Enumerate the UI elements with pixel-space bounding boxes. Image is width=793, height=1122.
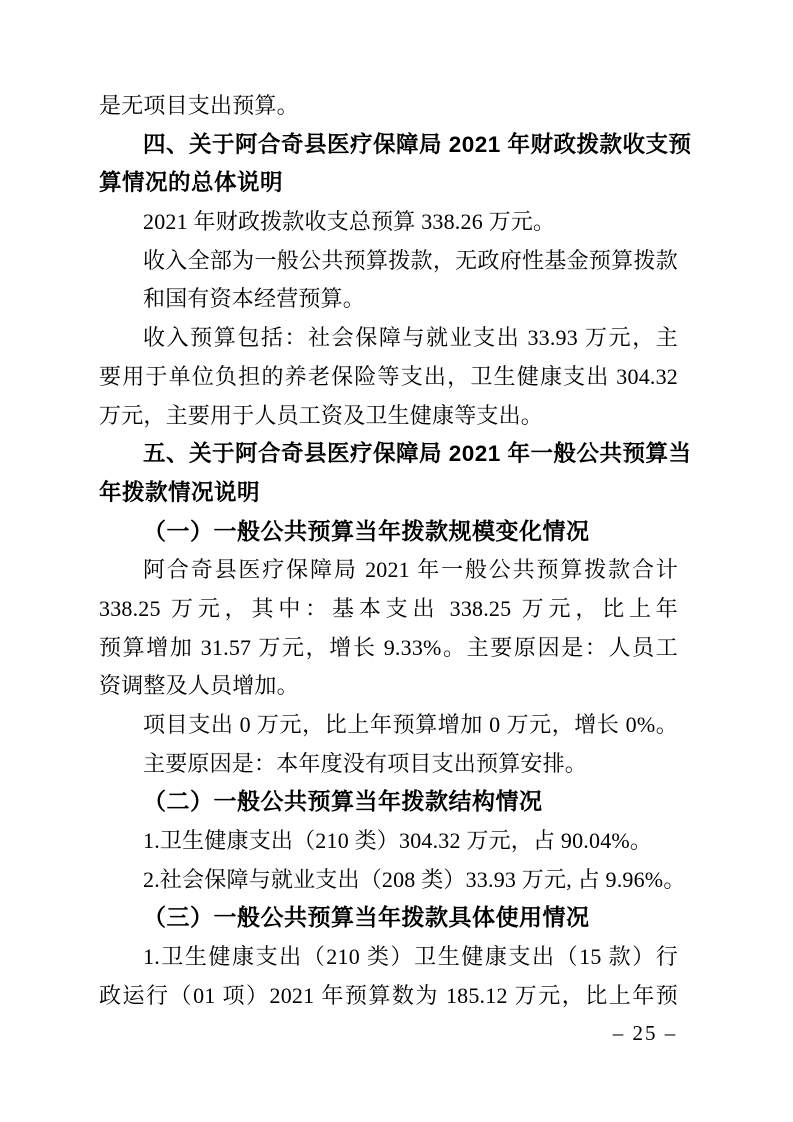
section-heading-line: 年拨款情况说明 [99,474,678,513]
paragraph-line: 338.25 万元，其中：基本支出 338.25 万元，比上年 [99,590,678,629]
paragraph-line: 主要原因是：本年度没有项目支出预算安排。 [99,745,678,784]
page-number: – 25 – [575,1018,715,1048]
subsection-heading-line: （一）一般公共预算当年拨款规模变化情况 [99,513,678,552]
document-content: 是无项目支出预算。四、关于阿合奇县医疗保障局 2021 年财政拨款收支预算情况的… [99,87,678,1016]
section-heading-line: 算情况的总体说明 [99,164,678,203]
paragraph-line: 阿合奇县医疗保障局 2021 年一般公共预算拨款合计 [99,551,678,590]
paragraph-line: 政运行（01 项）2021 年预算数为 185.12 万元，比上年预 [99,977,678,1016]
paragraph-line: 资调整及人员增加。 [99,667,678,706]
paragraph-line: 收入预算包括：社会保障与就业支出 33.93 万元，主 [99,319,678,358]
paragraph-line: 预算增加 31.57 万元，增长 9.33%。主要原因是：人员工 [99,629,678,668]
paragraph-line: 项目支出 0 万元，比上年预算增加 0 万元，增长 0%。 [99,706,678,745]
paragraph-line: 收入全部为一般公共预算拨款，无政府性基金预算拨款 [99,242,678,281]
paragraph-line: 1.卫生健康支出（210 类）304.32 万元，占 90.04%。 [99,822,678,861]
section-heading-line: 四、关于阿合奇县医疗保障局 2021 年财政拨款收支预 [99,126,678,165]
document-page: 是无项目支出预算。四、关于阿合奇县医疗保障局 2021 年财政拨款收支预算情况的… [0,0,793,1122]
paragraph-line: 要用于单位负担的养老保险等支出，卫生健康支出 304.32 [99,358,678,397]
paragraph-line: 2021 年财政拨款收支总预算 338.26 万元。 [99,203,678,242]
subsection-heading-line: （三）一般公共预算当年拨款具体使用情况 [99,899,678,938]
paragraph-line: 万元，主要用于人员工资及卫生健康等支出。 [99,397,678,436]
paragraph-line: 1.卫生健康支出（210 类）卫生健康支出（15 款）行 [99,938,678,977]
paragraph-line: 2.社会保障与就业支出（208 类）33.93 万元, 占 9.96%。 [99,861,678,900]
paragraph-line: 和国有资本经营预算。 [99,280,678,319]
paragraph-line: 是无项目支出预算。 [99,87,678,126]
section-heading-line: 五、关于阿合奇县医疗保障局 2021 年一般公共预算当 [99,435,678,474]
subsection-heading-line: （二）一般公共预算当年拨款结构情况 [99,783,678,822]
